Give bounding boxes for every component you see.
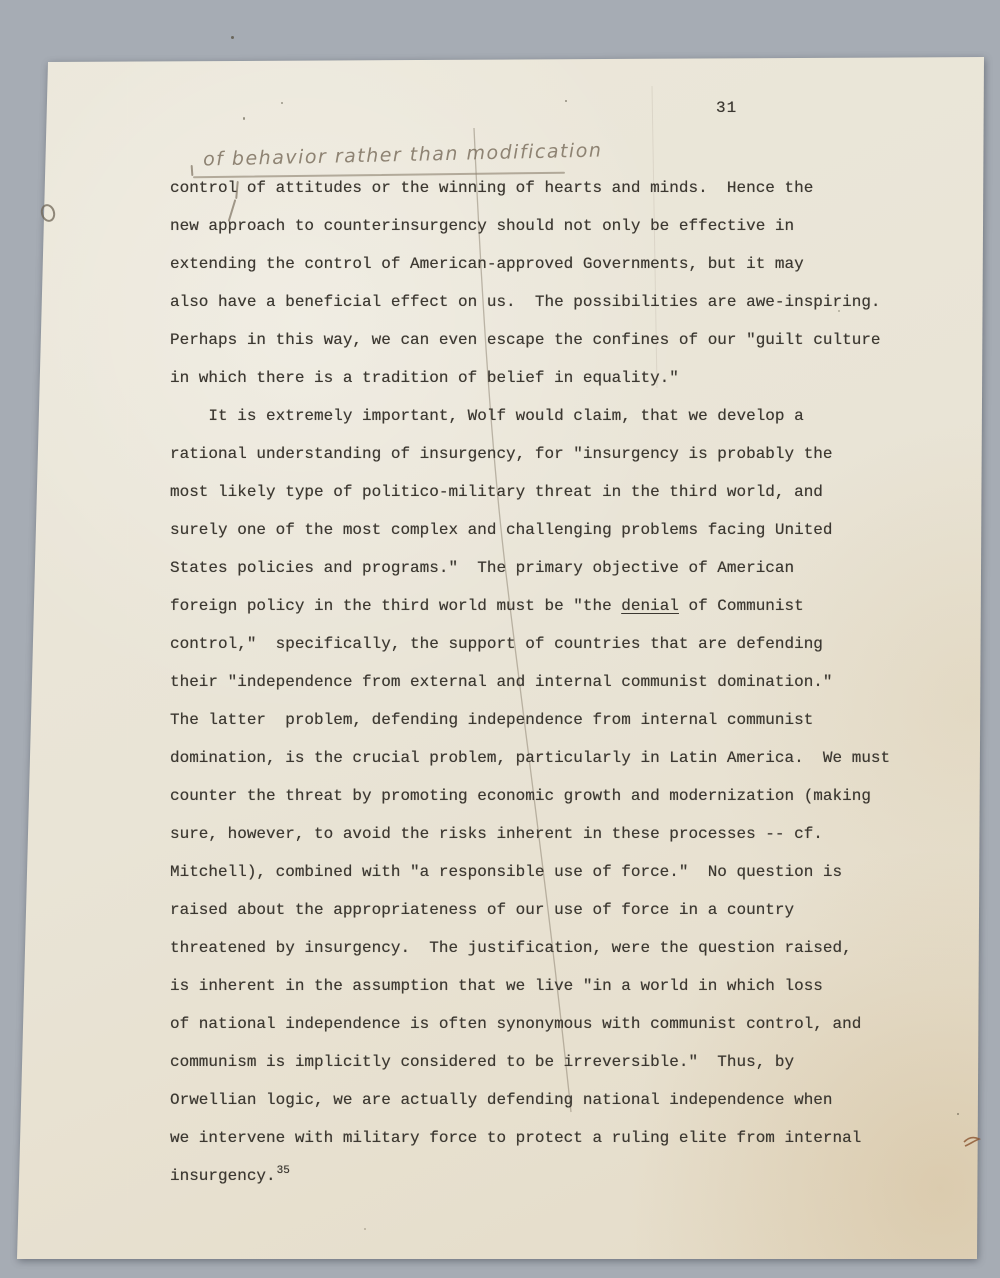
- text-line: Mitchell), combined with "a responsible …: [170, 853, 950, 891]
- dust-speck: [957, 1113, 959, 1115]
- footnote-marker: 35: [277, 1165, 290, 1177]
- denial-post-text: of Communist: [679, 597, 804, 615]
- text-line: is inherent in the assumption that we li…: [170, 967, 950, 1005]
- text-line: extending the control of American-approv…: [170, 245, 950, 283]
- text-line: Orwellian logic, we are actually defendi…: [170, 1081, 950, 1119]
- dust-speck: [243, 117, 245, 120]
- text-line: Perhaps in this way, we can even escape …: [170, 321, 950, 359]
- dust-speck: [838, 310, 840, 312]
- text-line: communism is implicitly considered to be…: [170, 1043, 950, 1081]
- text-line-denial: foreign policy in the third world must b…: [170, 587, 950, 625]
- text-line: also have a beneficial effect on us. The…: [170, 283, 950, 321]
- text-line: It is extremely important, Wolf would cl…: [170, 397, 950, 435]
- text-line: counter the threat by promoting economic…: [170, 777, 950, 815]
- dust-speck: [364, 1228, 366, 1230]
- dust-speck: [281, 102, 283, 104]
- text-line: their "independence from external and in…: [170, 663, 950, 701]
- text-line: rational understanding of insurgency, fo…: [170, 435, 950, 473]
- last-line-text: insurgency.: [170, 1167, 276, 1185]
- text-line: surely one of the most complex and chall…: [170, 511, 950, 549]
- text-line: domination, is the crucial problem, part…: [170, 739, 950, 777]
- text-line: The latter problem, defending independen…: [170, 701, 950, 739]
- text-line: we intervene with military force to prot…: [170, 1119, 950, 1157]
- text-line: in which there is a tradition of belief …: [170, 359, 950, 397]
- scanned-document: 31 of behavior rather than modification …: [0, 0, 1000, 1278]
- underlined-word-denial: denial: [621, 597, 679, 615]
- text-line: most likely type of politico-military th…: [170, 473, 950, 511]
- text-line: sure, however, to avoid the risks inhere…: [170, 815, 950, 853]
- page-number: 31: [716, 99, 737, 117]
- text-line: new approach to counterinsurgency should…: [170, 207, 950, 245]
- text-line: control," specifically, the support of c…: [170, 625, 950, 663]
- text-line: of national independence is often synony…: [170, 1005, 950, 1043]
- denial-pre-text: foreign policy in the third world must b…: [170, 597, 621, 615]
- text-line: raised about the appropriateness of our …: [170, 891, 950, 929]
- typed-text-block: control of attitudes or the winning of h…: [170, 169, 950, 1195]
- dust-speck: [565, 100, 567, 102]
- text-line: threatened by insurgency. The justificat…: [170, 929, 950, 967]
- dust-speck: [231, 36, 234, 39]
- text-line: States policies and programs." The prima…: [170, 549, 950, 587]
- text-line: control of attitudes or the winning of h…: [170, 169, 950, 207]
- red-ink-smudge: [962, 1135, 982, 1149]
- text-line-last: insurgency.35: [170, 1157, 950, 1195]
